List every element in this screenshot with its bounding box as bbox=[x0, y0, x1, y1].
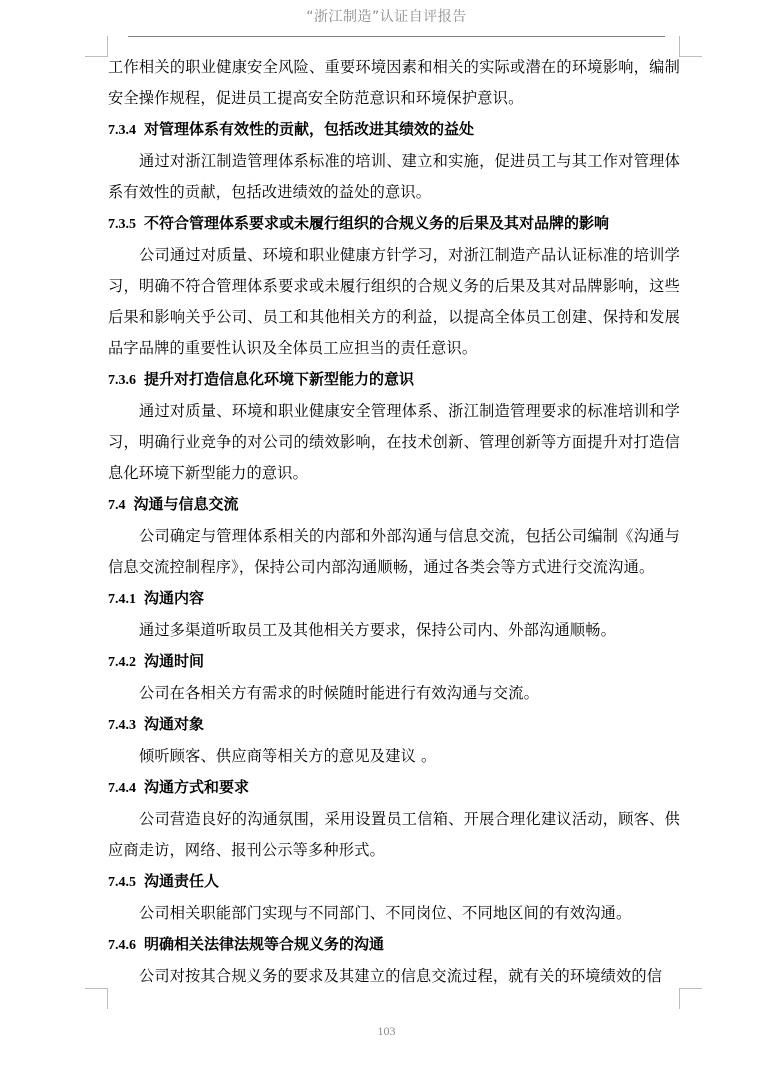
section-heading: 7.4.5沟通责任人 bbox=[108, 866, 680, 898]
section-heading: 7.3.5不符合管理体系要求或未履行组织的合规义务的后果及其对品牌的影响 bbox=[108, 208, 680, 240]
paragraph: 公司相关职能部门实现与不同部门、不同岗位、不同地区间的有效沟通。 bbox=[108, 898, 680, 929]
section-title: 明确相关法律法规等合规义务的沟通 bbox=[144, 935, 384, 953]
section-title: 沟通责任人 bbox=[144, 872, 219, 890]
margin-corner-bottom-left bbox=[85, 988, 108, 1009]
section-number: 7.4.5 bbox=[108, 875, 136, 890]
section-title: 沟通内容 bbox=[144, 589, 204, 607]
section-title: 沟通对象 bbox=[144, 715, 204, 733]
section-number: 7.4.3 bbox=[108, 718, 136, 733]
section-heading: 7.4.2沟通时间 bbox=[108, 646, 680, 678]
paragraph: 公司对按其合规义务的要求及其建立的信息交流过程，就有关的环境绩效的信 bbox=[108, 961, 680, 992]
paragraph: 公司在各相关方有需求的时候随时能进行有效沟通与交流。 bbox=[108, 678, 680, 709]
paragraph: 公司通过对质量、环境和职业健康方针学习，对浙江制造产品认证标准的培训学习，明确不… bbox=[108, 240, 680, 364]
section-title: 沟通方式和要求 bbox=[144, 778, 249, 796]
paragraph: 通过对质量、环境和职业健康安全管理体系、浙江制造管理要求的标准培训和学习，明确行… bbox=[108, 396, 680, 489]
margin-corner-bottom-right bbox=[679, 988, 702, 1009]
section-heading: 7.4.4沟通方式和要求 bbox=[108, 772, 680, 804]
paragraph: 公司营造良好的沟通氛围，采用设置员工信箱、开展合理化建议活动，顾客、供应商走访，… bbox=[108, 804, 680, 866]
section-heading: 7.4.1沟通内容 bbox=[108, 583, 680, 615]
section-title: 提升对打造信息化环境下新型能力的意识 bbox=[144, 370, 414, 388]
document-body: 工作相关的职业健康安全风险、重要环境因素和相关的实际或潜在的环境影响，编制安全操… bbox=[108, 52, 680, 992]
margin-corner-top-left bbox=[85, 36, 108, 57]
section-heading: 7.4沟通与信息交流 bbox=[108, 489, 680, 521]
section-number: 7.4 bbox=[108, 498, 126, 513]
section-heading: 7.4.3沟通对象 bbox=[108, 709, 680, 741]
section-heading: 7.3.6提升对打造信息化环境下新型能力的意识 bbox=[108, 364, 680, 396]
page-number: 103 bbox=[0, 1024, 773, 1039]
paragraph: 公司确定与管理体系相关的内部和外部沟通与信息交流，包括公司编制《沟通与信息交流控… bbox=[108, 521, 680, 583]
section-heading: 7.4.6明确相关法律法规等合规义务的沟通 bbox=[108, 929, 680, 961]
section-number: 7.3.5 bbox=[108, 217, 136, 232]
section-heading: 7.3.4对管理体系有效性的贡献，包括改进其绩效的益处 bbox=[108, 114, 680, 146]
section-title: 对管理体系有效性的贡献，包括改进其绩效的益处 bbox=[144, 120, 474, 138]
section-title: 沟通与信息交流 bbox=[134, 495, 239, 513]
section-number: 7.3.4 bbox=[108, 123, 136, 138]
section-title: 沟通时间 bbox=[144, 652, 204, 670]
paragraph: 工作相关的职业健康安全风险、重要环境因素和相关的实际或潜在的环境影响，编制安全操… bbox=[108, 52, 680, 114]
section-number: 7.4.4 bbox=[108, 781, 136, 796]
page-header: “浙江制造”认证自评报告 bbox=[0, 6, 773, 26]
section-number: 7.3.6 bbox=[108, 373, 136, 388]
section-title: 不符合管理体系要求或未履行组织的合规义务的后果及其对品牌的影响 bbox=[144, 214, 609, 232]
paragraph: 通过对浙江制造管理体系标准的培训、建立和实施，促进员工与其工作对管理体系有效性的… bbox=[108, 146, 680, 208]
section-number: 7.4.6 bbox=[108, 938, 136, 953]
paragraph: 倾听顾客、供应商等相关方的意见及建议 。 bbox=[108, 741, 680, 772]
margin-corner-top-right bbox=[679, 36, 702, 57]
section-number: 7.4.2 bbox=[108, 655, 136, 670]
paragraph: 通过多渠道听取员工及其他相关方要求，保持公司内、外部沟通顺畅。 bbox=[108, 615, 680, 646]
section-number: 7.4.1 bbox=[108, 592, 136, 607]
header-rule bbox=[128, 36, 665, 37]
